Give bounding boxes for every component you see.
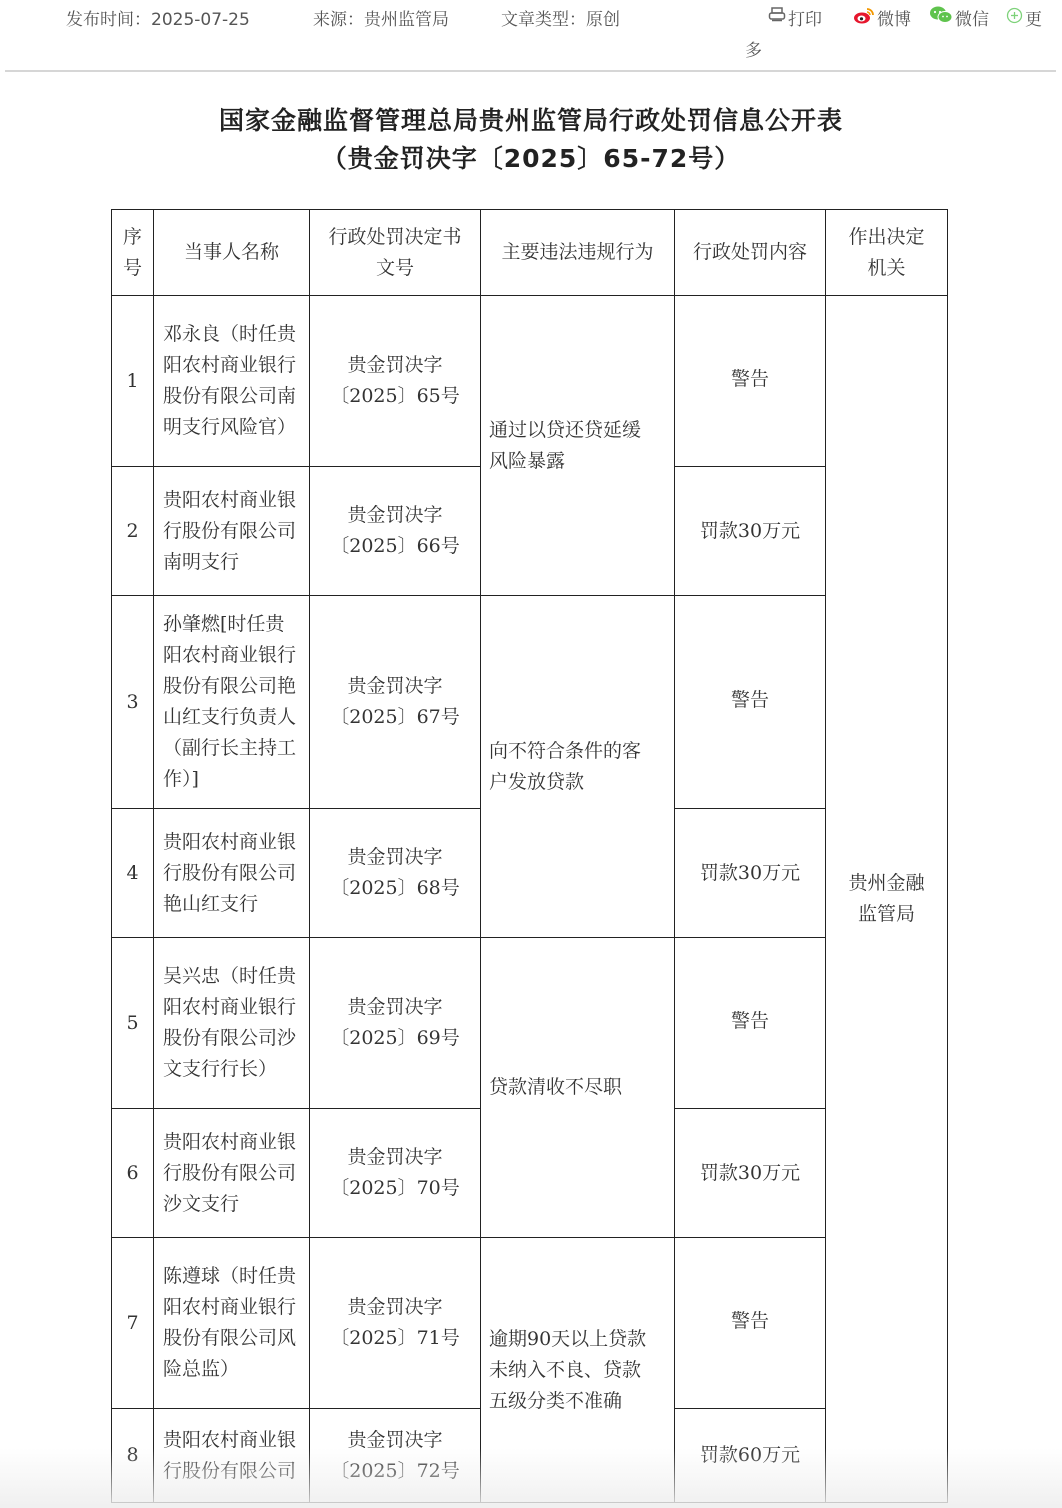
party-name: 吴兴忠（时任贵阳农村商业银行股份有限公司沙文支行行长） [154,938,310,1109]
print-label: 打印 [788,5,822,30]
wechat-label: 微信 [955,5,989,30]
header-no: 序 号 [112,210,154,296]
article-meta-bar: 发布时间：2025-07-25 来源：贵州监管局 文章类型：原创 打印 微博 微… [0,0,1062,72]
party-name: 孙肇燃[时任贵阳农村商业银行股份有限公司艳山红支行负责人（副行长主持工作）] [154,596,310,809]
party-name: 贵阳农村商业银行股份有限公司 [154,1409,310,1503]
party-name: 贵阳农村商业银行股份有限公司南明支行 [154,467,310,596]
table-header-row: 序 号 当事人名称 行政处罚决定书 文号 主要违法违规行为 行政处罚内容 作出决… [112,210,948,296]
penalty: 罚款30万元 [675,467,826,596]
penalty: 罚款60万元 [675,1409,826,1503]
doc-number: 贵金罚决字〔2025〕65号 [310,296,481,467]
row-no: 3 [112,596,154,809]
row-no: 4 [112,809,154,938]
penalty: 警告 [675,1238,826,1409]
weibo-share-button[interactable]: 微博 [853,5,911,30]
doc-number: 贵金罚决字〔2025〕72号 [310,1409,481,1503]
header-doc-number: 行政处罚决定书 文号 [310,210,481,296]
violation: 逾期90天以上贷款未纳入不良、贷款五级分类不准确 [481,1238,675,1503]
penalty: 罚款30万元 [675,1109,826,1238]
party-name: 贵阳农村商业银行股份有限公司艳山红支行 [154,809,310,938]
header-penalty: 行政处罚内容 [675,210,826,296]
plus-circle-icon [1006,7,1025,29]
more-label: 更 [1025,5,1042,30]
violation: 通过以贷还贷延缓风险暴露 [481,296,675,596]
page-title: 国家金融监督管理总局贵州监管局行政处罚信息公开表 [0,101,1062,137]
doc-number: 贵金罚决字〔2025〕66号 [310,467,481,596]
table-row: 5 吴兴忠（时任贵阳农村商业银行股份有限公司沙文支行行长） 贵金罚决字〔2025… [112,938,948,1109]
violation: 贷款清收不尽职 [481,938,675,1238]
authority: 贵州金融监管局 [826,296,948,1503]
wechat-icon [929,6,955,29]
weibo-label: 微博 [877,5,911,30]
penalty: 警告 [675,296,826,467]
penalty: 罚款30万元 [675,809,826,938]
row-no: 7 [112,1238,154,1409]
doc-number: 贵金罚决字〔2025〕67号 [310,596,481,809]
party-name: 贵阳农村商业银行股份有限公司沙文支行 [154,1109,310,1238]
penalty-table: 序 号 当事人名称 行政处罚决定书 文号 主要违法违规行为 行政处罚内容 作出决… [111,209,948,1503]
header-divider [5,70,1056,72]
table-row: 1 邓永良（时任贵阳农村商业银行股份有限公司南明支行风险官） 贵金罚决字〔202… [112,296,948,467]
row-no: 5 [112,938,154,1109]
article-type: 文章类型：原创 [501,5,620,30]
doc-number: 贵金罚决字〔2025〕70号 [310,1109,481,1238]
weibo-icon [853,7,877,29]
article-source: 来源：贵州监管局 [313,5,449,30]
row-no: 1 [112,296,154,467]
header-authority: 作出决定 机关 [826,210,948,296]
doc-number: 贵金罚决字〔2025〕68号 [310,809,481,938]
row-no: 8 [112,1409,154,1503]
row-no: 6 [112,1109,154,1238]
row-no: 2 [112,467,154,596]
violation: 向不符合条件的客户发放贷款 [481,596,675,938]
page-subtitle: （贵金罚决字〔2025〕65-72号） [0,139,1062,175]
penalty: 警告 [675,596,826,809]
table-row: 3 孙肇燃[时任贵阳农村商业银行股份有限公司艳山红支行负责人（副行长主持工作）]… [112,596,948,809]
party-name: 陈遵球（时任贵阳农村商业银行股份有限公司风险总监） [154,1238,310,1409]
doc-number: 贵金罚决字〔2025〕69号 [310,938,481,1109]
penalty: 警告 [675,938,826,1109]
header-name: 当事人名称 [154,210,310,296]
print-button[interactable]: 打印 [768,5,822,30]
publish-time: 发布时间：2025-07-25 [66,5,250,30]
printer-icon [768,7,788,28]
more-share-button[interactable]: 更 [1006,5,1042,30]
wechat-share-button[interactable]: 微信 [929,5,989,30]
table-row: 7 陈遵球（时任贵阳农村商业银行股份有限公司风险总监） 贵金罚决字〔2025〕7… [112,1238,948,1409]
party-name: 邓永良（时任贵阳农村商业银行股份有限公司南明支行风险官） [154,296,310,467]
more-label-wrap[interactable]: 多 [745,36,762,61]
doc-number: 贵金罚决字〔2025〕71号 [310,1238,481,1409]
header-violation: 主要违法违规行为 [481,210,675,296]
